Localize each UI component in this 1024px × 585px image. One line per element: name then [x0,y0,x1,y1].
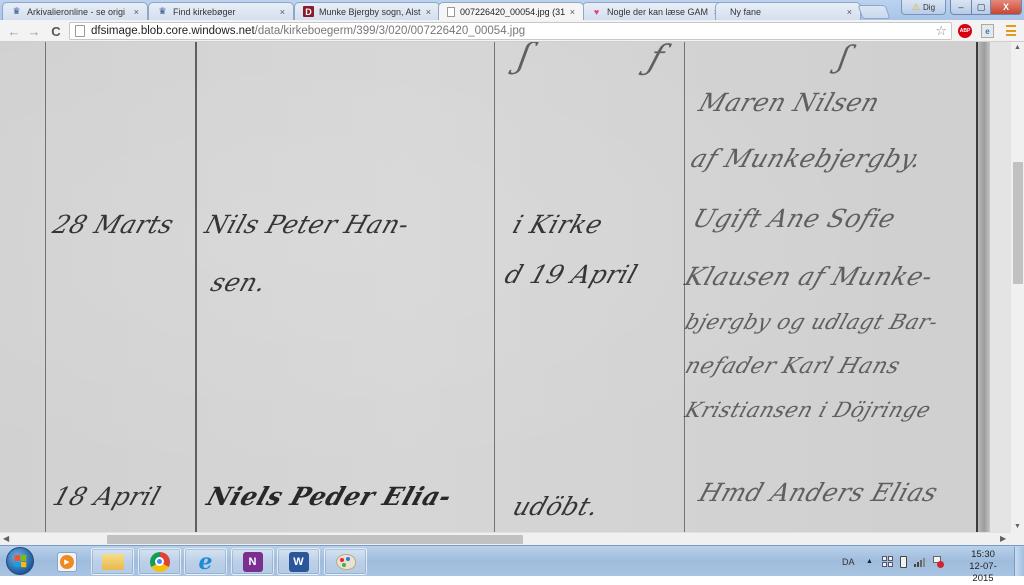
chrome-icon [150,552,170,572]
tray-expand-icon: ▲ [866,558,873,565]
onenote-icon: N [243,552,263,572]
page-gutter [976,42,990,532]
image-viewport[interactable]: ʃ ƒ ʃ 28 Marts Nils Peter Han- sen. i Ki… [0,42,1010,532]
ie-tab-icon[interactable]: e [981,24,994,38]
tab-title: Nogle der kan læse GAM [607,7,710,17]
entry-date: 28 Marts [49,210,178,239]
tab-close-button[interactable]: × [280,7,285,17]
internet-explorer-icon: e [196,552,216,572]
tab-close-button[interactable]: × [570,7,575,17]
entry-baptism: udöbt. [509,492,603,521]
tray-action-center[interactable] [882,546,893,576]
tab-nogle-der-kan[interactable]: ♥ Nogle der kan læse GAM × [582,2,728,20]
entry-parents-line: bjergby og udlagt Bar- [682,310,941,334]
scrollbar-corner [1010,532,1024,545]
entry-date: 18 April [49,482,164,511]
tab-close-button[interactable]: × [134,7,139,17]
clock-date: 12-07-2015 [960,561,1006,576]
taskbar-media-player[interactable]: ▶ [50,548,84,575]
entry-baptism-date: d 19 April [501,260,641,289]
blank-icon [724,6,725,17]
taskbar-word[interactable]: W [277,548,320,575]
taskbar-onenote-clipping[interactable]: N [231,548,274,575]
back-button[interactable]: ← [6,23,22,39]
d-logo-icon: D [303,6,314,17]
taskbar-chrome[interactable] [138,548,181,575]
crown-icon: ♛ [157,6,168,17]
scroll-right-arrow-icon[interactable]: ▶ [1000,534,1006,543]
vertical-scroll-thumb[interactable] [1013,162,1023,284]
page-icon [75,25,85,37]
entry-child-name-cont: sen. [207,268,270,297]
signal-bars-icon [914,557,925,567]
tray-flag-notification[interactable] [932,546,944,576]
new-tab-button[interactable] [857,5,890,19]
scroll-left-arrow-icon[interactable]: ◀ [3,534,9,543]
tab-find-kirkeboger[interactable]: ♛ Find kirkebøger × [148,2,294,20]
tab-title: Arkivalieronline - se origi [27,7,130,17]
maximize-button[interactable]: ▢ [971,0,991,15]
language-indicator[interactable]: DA [842,546,855,576]
folder-icon [102,554,124,570]
warning-icon: ⚠ [912,2,920,13]
entry-baptism: i Kirke [509,210,606,239]
url-path: /data/kirkeboegerm/399/3/020/007226420_0… [255,25,525,37]
entry-child-name: Niels Peder Elia- [203,482,455,511]
clock-time: 15:30 [960,549,1006,561]
taskbar-internet-explorer[interactable]: e [184,548,227,575]
tab-strip: ♛ Arkivalieronline - se origi × ♛ Find k… [0,0,1024,20]
scroll-up-arrow-icon[interactable]: ▲ [1014,44,1021,51]
chrome-menu-icon[interactable] [1006,25,1016,36]
show-hidden-icons-button[interactable]: ▲ [866,546,873,576]
word-icon: W [289,552,309,572]
column-rule [494,42,495,532]
address-bar[interactable]: dfsimage.blob.core.windows.net/data/kirk… [69,22,952,40]
entry-parents-line: Ugift Ane Sofie [689,204,899,233]
tab-new-tab[interactable]: Ny fane × [715,2,861,20]
flag-error-icon [932,556,944,568]
vertical-scrollbar[interactable]: ▲ ▼ [1010,42,1024,532]
tab-title: Munke Bjergby sogn, Alst [319,7,422,17]
horizontal-scroll-thumb[interactable] [107,535,523,544]
tab-munke-bjergby[interactable]: D Munke Bjergby sogn, Alst × [294,2,440,20]
media-player-icon: ▶ [57,552,77,572]
column-rule [195,42,197,532]
show-desktop-button[interactable] [1014,547,1024,576]
entry-parents-line: Klausen af Munke- [681,262,937,291]
tab-title: Find kirkebøger [173,7,276,17]
tab-image-active[interactable]: 007226420_00054.jpg (31 × [438,2,584,20]
browser-toolbar: ← → C dfsimage.blob.core.windows.net/dat… [0,20,1024,42]
windows-taskbar: ▶ e N W DA ▲ [0,545,1024,576]
profile-label: Dig [923,3,935,12]
system-clock[interactable]: 15:30 12-07-2015 [960,549,1006,576]
tray-battery[interactable] [900,546,907,576]
entry-parents-line: Hmd Anders Elias [695,478,942,507]
language-label: DA [842,557,855,567]
windows-logo-icon [14,555,26,568]
tray-network[interactable] [914,546,925,576]
start-button[interactable] [6,547,34,575]
tab-close-button[interactable]: × [847,7,852,17]
battery-icon [900,556,907,568]
close-window-button[interactable]: X [990,0,1022,15]
crown-icon: ♛ [11,6,22,17]
entry-parents-line: Maren Nilsen [695,88,883,117]
adjacent-page-edge [990,42,1010,532]
entry-parents-line: Kristiansen i Döjringe [682,398,934,422]
entry-parents-line: nefader Karl Hans [682,354,904,379]
tab-title: Ny fane [730,7,843,17]
entry-parents-line: af Munkebjergby. [687,144,926,173]
scroll-down-arrow-icon[interactable]: ▼ [1014,523,1021,530]
windows-flag-tray-icon [882,556,893,567]
tab-arkivalieronline[interactable]: ♛ Arkivalieronline - se origi × [2,2,148,20]
taskbar-file-explorer[interactable] [91,548,134,575]
heart-icon: ♥ [591,6,602,17]
paint-palette-icon [336,554,356,570]
minimize-button[interactable]: – [950,0,972,15]
profile-button[interactable]: ⚠ Dig [901,0,946,15]
url-host: dfsimage.blob.core.windows.net [91,25,255,37]
reload-button[interactable]: C [48,23,64,39]
tab-title: 007226420_00054.jpg (31 [460,7,566,17]
page-icon [447,7,455,17]
entry-child-name: Nils Peter Han- [201,210,413,239]
taskbar-paint[interactable] [324,548,367,575]
horizontal-scrollbar[interactable]: ◀ ▶ [0,532,1010,545]
column-rule [45,42,46,532]
bookmark-star-icon[interactable]: ☆ [935,23,947,39]
adblock-plus-icon[interactable]: ABP [958,24,972,38]
forward-button[interactable]: → [26,23,42,39]
tab-close-button[interactable]: × [426,7,431,17]
